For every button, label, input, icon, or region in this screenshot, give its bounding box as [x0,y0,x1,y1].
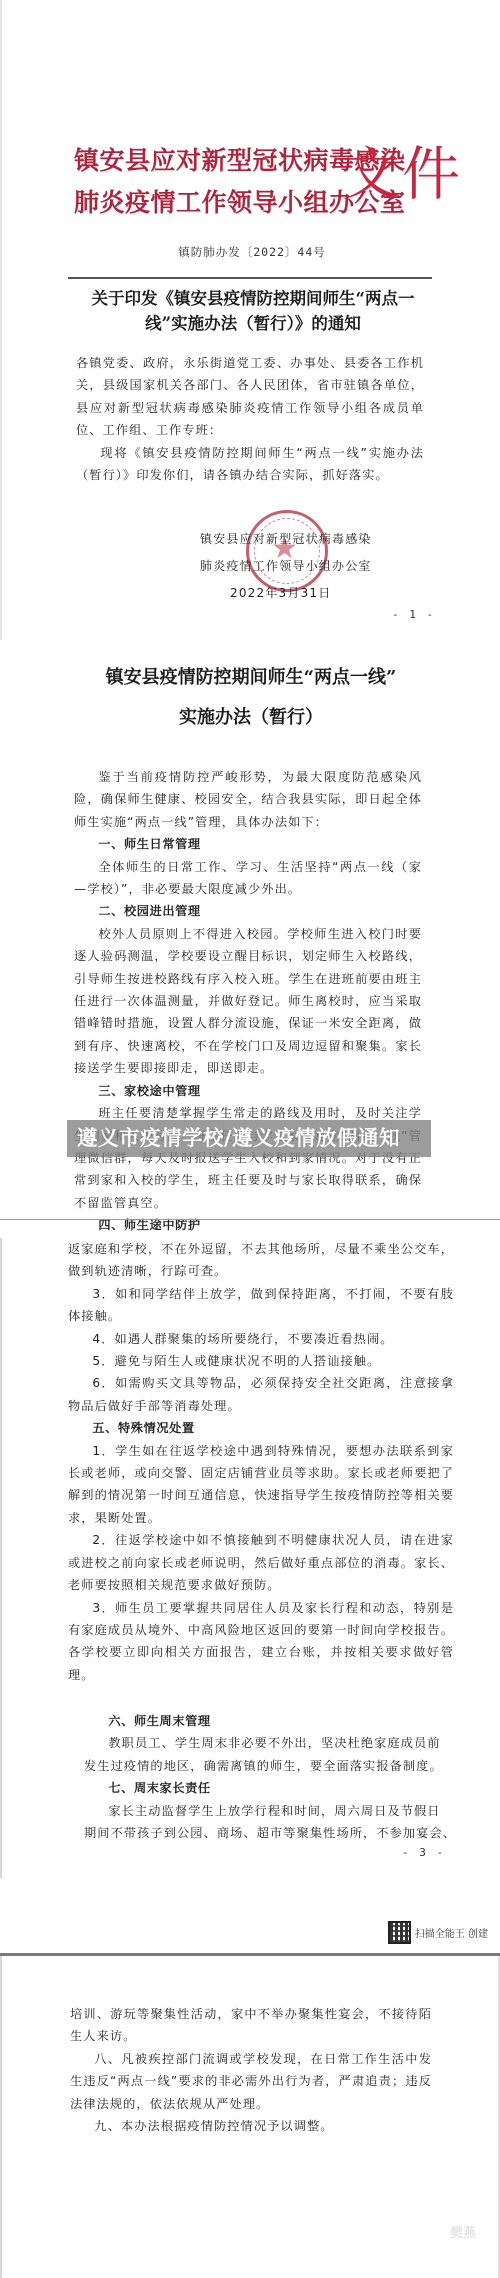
continuation-text: 返家庭和学校，不在外逗留，不去其他场所，尽量不乘坐公交车，做到轨迹清晰，行踪可查… [68,1238,454,1283]
signature-line-2: 肺炎疫情工作领导小组办公室 [200,553,372,580]
regulation-title-line-2: 实施办法（暂行） [66,698,436,738]
regulation-title-line-1: 镇安县疫情防控期间师生“两点一线” [66,658,436,698]
page-number: - 1 - [392,608,435,621]
list-item: 5．避免与陌生人或健康状况不明的人搭讪接触。 [68,1350,454,1372]
section-heading: 三、家校途中管理 [74,1080,422,1102]
caption-banner: 遵义市疫情学校/遵义疫情放假通知 [67,1120,431,1157]
section-heading: 五、特殊情况处置 [68,1417,454,1439]
section-text: 班主任要清楚掌握学生常走的路线及用时，及时关注学生到家和入校时间。班主任要与学生… [74,1102,422,1214]
regulation-body-final: 培训、游玩等聚集性活动，家中不举办聚集性宴会，不接待陌生人来访。 八、凡被疾控部… [70,2003,432,2137]
list-item: 6．如需购买文具等物品，必须保持安全社交距离，注意接拿物品后做好手部等消毒处理。 [68,1372,454,1417]
qr-code-icon [388,1921,411,1944]
page-break [0,1219,500,1220]
notice-title-line-1: 关于印发《镇安县疫情防控期间师生“两点一 [68,286,438,311]
scanner-credit-label: 扫描全能王 创建 [415,1925,488,1940]
section-text: 九、本办法根据疫情防控情况予以调整。 [70,2115,432,2137]
section-heading: 二、校园进出管理 [74,900,422,922]
notice-title-line-2: 线”实施办法（暂行）》的通知 [68,311,438,336]
list-item: 4．如遇人群聚集的场所要绕行，不要凑近看热闹。 [68,1328,454,1350]
regulation-body: 鉴于当前疫情防控严峻形势，为最大限度防范感染风险，确保师生健康、校园安全，结合我… [74,766,422,1281]
notice-title: 关于印发《镇安县疫情防控期间师生“两点一 线”实施办法（暂行）》的通知 [68,286,438,336]
section-heading: 七、周末家长责任 [84,1777,434,1799]
document-page-4: 培训、游玩等聚集性活动，家中不举办聚集性宴会，不接待陌生人来访。 八、凡被疾控部… [0,1956,500,2278]
section-heading: 四、师生途中防护 [74,1214,422,1236]
section-heading: 一、师生日常管理 [74,833,422,855]
document-page-1: 镇安县应对新型冠状病毒感染 肺炎疫情工作领导小组办公室 文件 镇防肺办发〔202… [0,0,500,640]
signature-block: 镇安县应对新型冠状病毒感染 肺炎疫情工作领导小组办公室 2022年3月31日 [200,526,372,607]
signature-date: 2022年3月31日 [200,580,372,607]
regulation-title: 镇安县疫情防控期间师生“两点一线” 实施办法（暂行） [66,658,436,738]
section-text: 发生过疫情的地区，确需离镇的师生，要全面落实报备制度。 [84,1755,434,1777]
section-text: 家长主动监督学生上放学行程和时间，周六周日及节假日 [84,1800,434,1822]
section-heading: 六、师生周末管理 [84,1710,434,1732]
section-text: 八、凡被疾控部门流调或学校发现，在日常工作生活中发生违反“两点一线”要求的非必需… [70,2048,432,2115]
section-text: 期间不带孩子到公园、商场、超市等聚集性场所，不参加宴会、 [84,1822,434,1844]
watermark-logo: 樊燕 [450,2222,476,2241]
section-text: 全体师生的日常工作、学习、生活坚持“两点一线（家—学校）”，非必要最大限度减少外… [74,856,422,901]
addressees: 各镇党委、政府，永乐街道党工委、办事处、县委各工作机关，县级国家机关各部门、各人… [76,352,424,442]
scanner-credit: 扫描全能王 创建 [388,1921,488,1944]
list-item: 3．师生员工要掌握共同居住人员及家长行程和动态，特别是有家庭成员从境外、中高风险… [68,1597,454,1687]
notice-body: 各镇党委、政府，永乐街道党工委、办事处、县委各工作机关，县级国家机关各部门、各人… [76,352,424,486]
document-type-label: 文件 [342,142,462,206]
document-number: 镇防肺办发〔2022〕44号 [2,244,500,260]
notice-text: 现将《镇安县疫情防控期间师生“两点一线”实施办法（暂行）》印发你们，请各镇办结合… [76,442,424,487]
header-divider [68,277,432,279]
list-item: 1．学生如在往返学校途中遇到特殊情况，要想办法联系到家长或老师，或向交警、固定店… [68,1440,454,1530]
list-item: 2．往返学校途中如不慎接触到不明健康状况人员，请在进家或进校之前向家长或老师说明… [68,1529,454,1596]
page-number: - 3 - [402,1846,445,1859]
weekend-sections: 六、师生周末管理 教职员工、学生周末非必要不外出，坚决杜绝家庭成员前 发生过疫情… [84,1710,434,1844]
intro-paragraph: 鉴于当前疫情防控严峻形势，为最大限度防范感染风险，确保师生健康、校园安全，结合我… [74,766,422,833]
regulation-body-continued: 返家庭和学校，不在外逗留，不去其他场所，尽量不乘坐公交车，做到轨迹清晰，行踪可查… [68,1238,454,1686]
signature-line-1: 镇安县应对新型冠状病毒感染 [200,526,372,553]
continuation-text: 培训、游玩等聚集性活动，家中不举办聚集性宴会，不接待陌生人来访。 [70,2003,432,2048]
document-page-3: 返家庭和学校，不在外逗留，不去其他场所，尽量不乘坐公交车，做到轨迹清晰，行踪可查… [0,1238,500,1878]
section-text: 校外人员原则上不得进入校园。学校师生进入校门时要逐人验码测温，学校要设立醒目标识… [74,923,422,1080]
list-item: 3．如和同学结伴上放学，做到保持距离，不打闹，不要有肢体接触。 [68,1283,454,1328]
section-text: 教职员工、学生周末非必要不外出，坚决杜绝家庭成员前 [84,1732,434,1754]
